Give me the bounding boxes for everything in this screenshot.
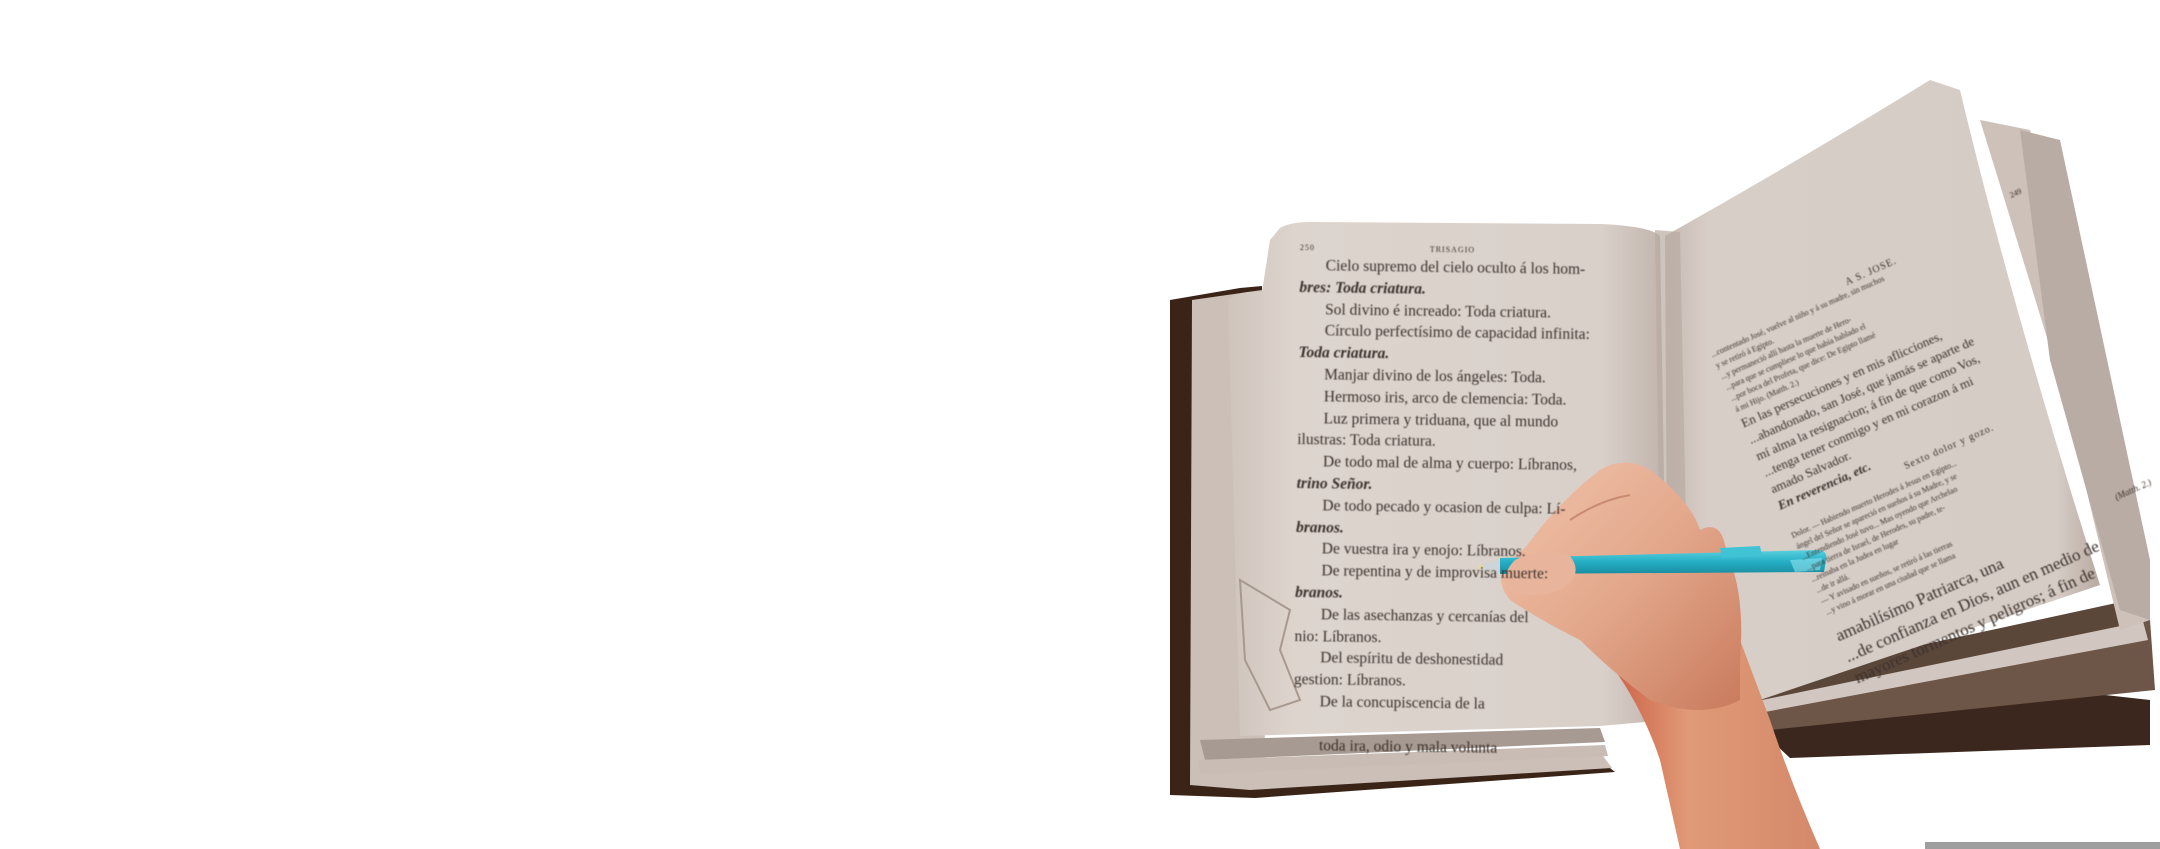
bottom-strip [1925, 842, 2160, 849]
photo-scene: 250 TRISAGIO Cielo supremo del cielo ocu… [0, 0, 2160, 849]
left-page-number: 250 [1300, 244, 1315, 258]
left-page-text: 250 TRISAGIO Cielo supremo del cielo ocu… [1293, 244, 1660, 764]
